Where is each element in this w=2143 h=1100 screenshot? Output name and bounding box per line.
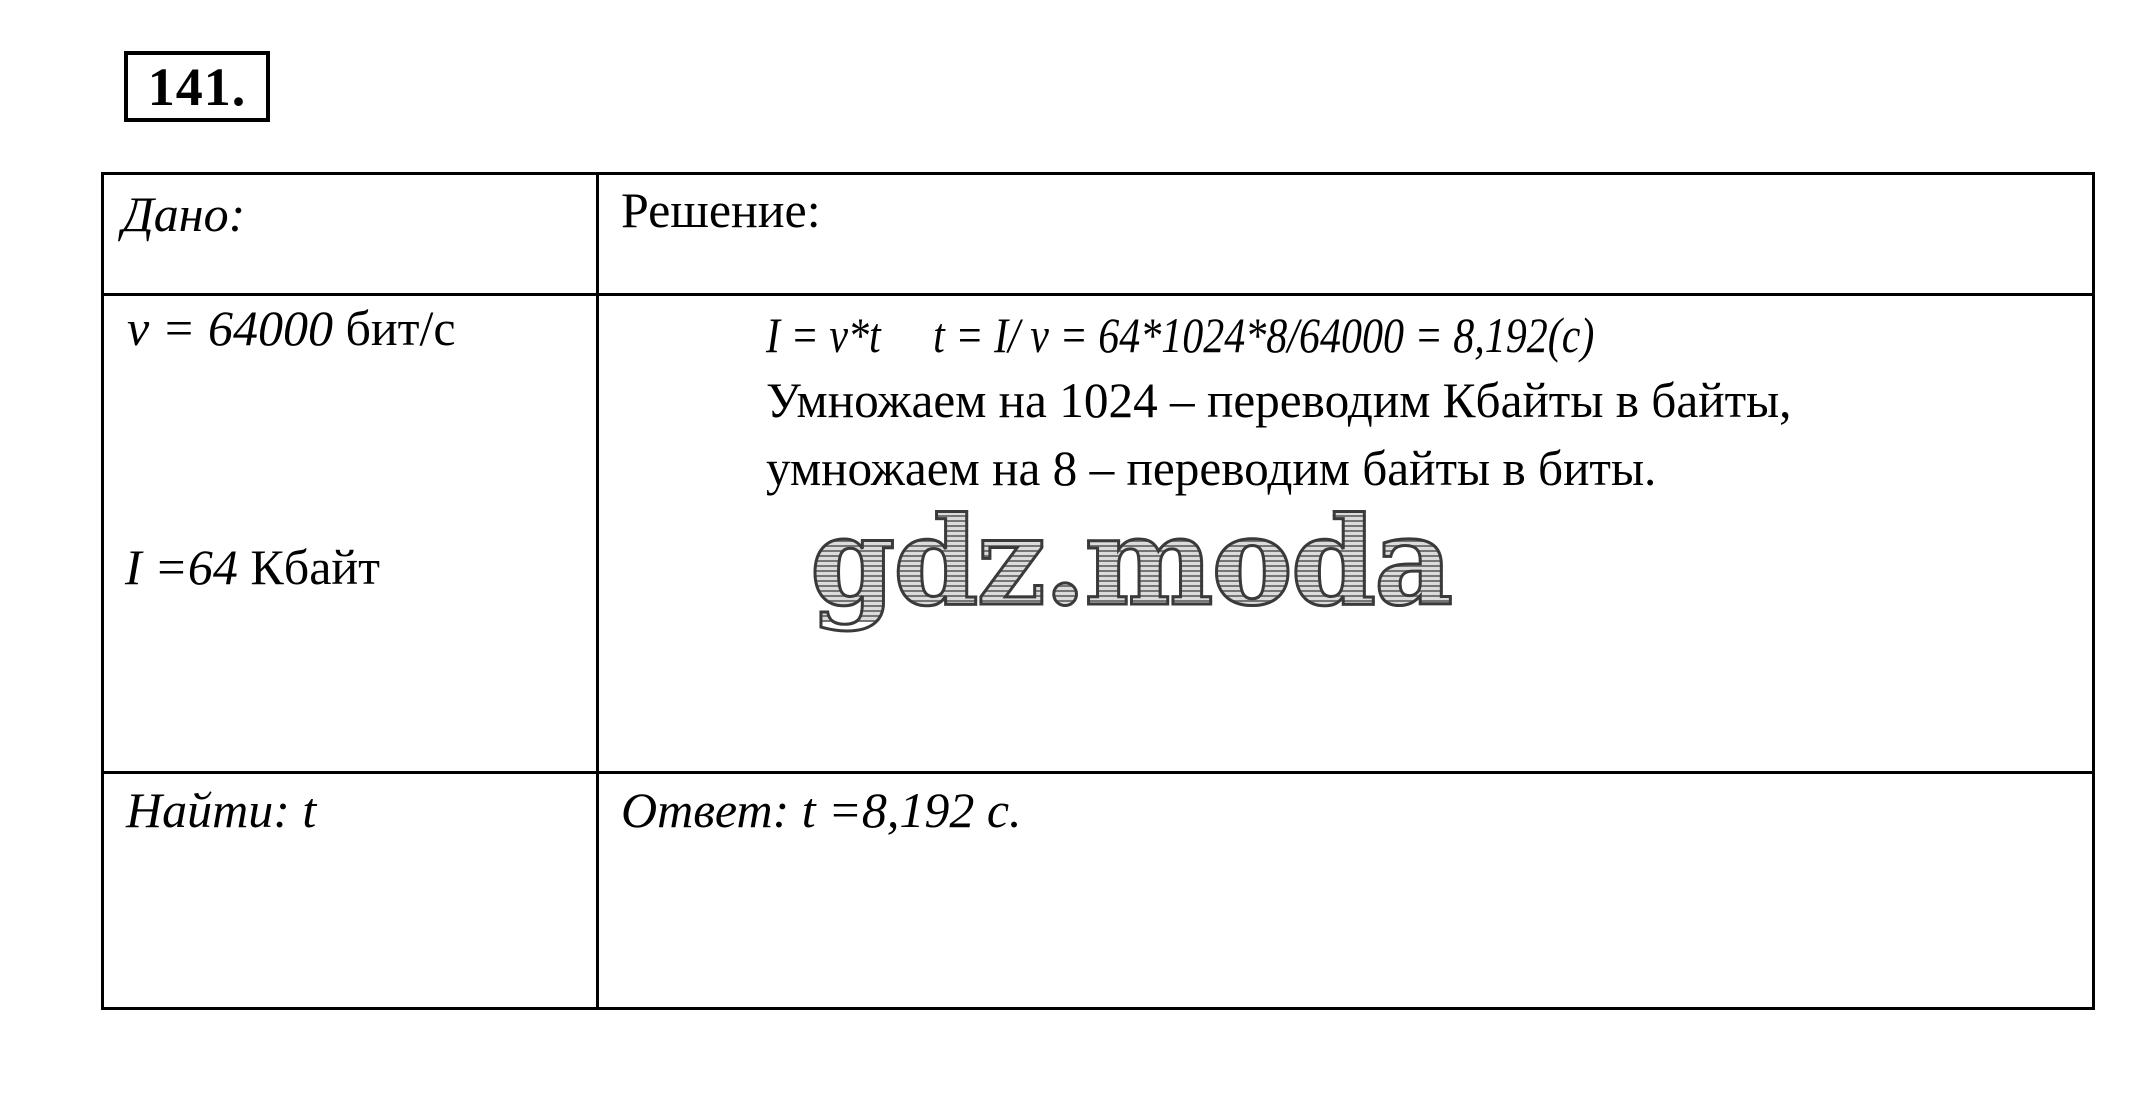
given-information-size: I =64 Кбайт [125,542,380,592]
find-label: Найти: t [126,785,316,835]
task-number-badge: 141. [124,51,270,122]
given-header: Дано: [122,189,245,239]
solution-table: Дано: Решение: v = 64000 бит/с I =64 Кба… [101,172,2095,1010]
task-number: 141. [148,60,247,114]
velocity-equals: = [149,300,208,356]
solution-formula: I = v*t t = I/ v = 64*1024*8/64000 = 8,1… [766,310,1752,360]
solution-explanation-line-1: Умножаем на 1024 – переводим Кбайты в ба… [766,375,1807,425]
solution-header: Решение: [621,185,821,235]
velocity-value: 64000 [208,300,333,356]
size-variable: I [125,539,142,595]
find-variable: t [302,782,316,838]
given-velocity: v = 64000 бит/с [127,303,456,353]
row-divider-answer [104,771,2092,774]
row-divider-header [104,293,2092,296]
size-unit: Кбайт [238,539,380,595]
velocity-unit: бит/с [333,300,456,356]
size-equals: = [142,539,188,595]
size-value: 64 [188,539,238,595]
answer-text: Ответ: t =8,192 с. [621,785,1022,835]
formula-text: I = v*t t = I/ v = 64*1024*8/64000 = 8,1… [766,310,1594,360]
velocity-variable: v [127,300,149,356]
solution-explanation-line-2: умножаем на 8 – переводим байты в биты. [766,443,1670,493]
column-divider [596,175,599,1007]
